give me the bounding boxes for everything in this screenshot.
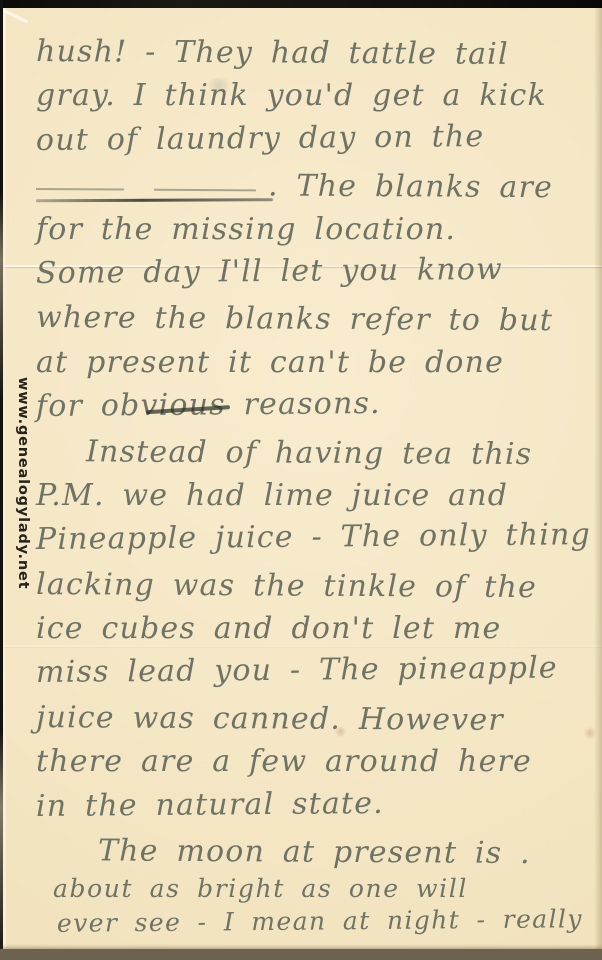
- letter-line: in the natural state.: [36, 782, 594, 831]
- letter-line: Instead of having tea this: [36, 432, 594, 480]
- letter-text: for the missing location.: [36, 212, 456, 247]
- letter-segment-blank1: [36, 164, 124, 191]
- letter-line: for the missing location.: [36, 210, 594, 254]
- paper-edge-highlight: [3, 8, 6, 949]
- letter-text: Instead of having tea this: [86, 434, 533, 472]
- letter-line: at present it can't be done: [36, 343, 594, 387]
- letter-line: miss lead you - The pineapple: [36, 649, 594, 698]
- letter-line: ice cubes and don't let me: [36, 609, 594, 653]
- letter-text: Pineapple juice - The only thing: [36, 517, 591, 557]
- letter-text: ever see - I mean at night - really: [57, 904, 583, 938]
- letter-line: Some day I'll let you know: [36, 249, 594, 298]
- letter-text: miss lead you - The pineapple: [36, 651, 558, 691]
- scan-edge-top: [0, 0, 602, 8]
- letter-text: hush! - They had tattle tail: [36, 34, 509, 72]
- letter-lines: hush! - They had tattle tailgray. I thin…: [36, 32, 594, 948]
- letter-text: P.M. we had lime juice and: [36, 478, 508, 513]
- letter-text: about as bright as one will: [53, 874, 468, 903]
- letter-text: Some day I'll let you know: [36, 252, 503, 291]
- scan-right-shadow: [594, 8, 602, 949]
- letter-text: juice was canned. However: [36, 700, 504, 738]
- letter-text: for: [36, 389, 101, 425]
- letter-line: . The blanks are: [36, 165, 594, 213]
- letter-text: ice cubes and don't let me: [36, 611, 501, 646]
- letter-text: The moon at present is .: [98, 833, 531, 871]
- watermark-text: www.genealogylady.net: [13, 377, 31, 613]
- letter-line: where the blanks refer to but: [36, 298, 594, 346]
- letter-line: hush! - They had tattle tail: [36, 32, 594, 80]
- letter-line: The moon at present is .: [36, 831, 594, 872]
- letter-text: at present it can't be done: [36, 345, 504, 380]
- scanned-letter-page: www.genealogylady.net hush! - They had t…: [0, 0, 602, 960]
- letter-text: there are a few around here: [36, 744, 532, 779]
- letter-line: Pineapple juice - The only thing: [36, 515, 594, 564]
- letter-line: P.M. we had lime juice and: [36, 476, 594, 520]
- letter-text: out of laundry day on the: [36, 119, 485, 158]
- letter-text: where the blanks refer to but: [36, 300, 553, 338]
- letter-text: . The blanks are: [268, 169, 553, 206]
- letter-segment-blank2: [154, 165, 256, 192]
- letter-line: for obvious reasons.: [36, 382, 594, 431]
- letter-text: gray. I think you'd get a kick: [36, 78, 547, 113]
- letter-line: ever see - I mean at night - really: [36, 899, 594, 948]
- letter-line: about as bright as one will: [36, 869, 594, 904]
- letter-line: lacking was the tinkle of the: [36, 565, 594, 613]
- scan-edge-bottom: [0, 949, 602, 960]
- letter-text: lacking was the tinkle of the: [36, 567, 537, 605]
- letter-line: gray. I think you'd get a kick: [36, 76, 594, 120]
- letter-line: out of laundry day on the: [36, 116, 594, 165]
- letter-line: juice was canned. However: [36, 698, 594, 746]
- letter-text: reasons.: [226, 386, 381, 422]
- letter-segment-overwritten: obvious: [101, 387, 226, 423]
- letter-text: in the natural state.: [36, 786, 384, 824]
- letter-line: there are a few around here: [36, 742, 594, 786]
